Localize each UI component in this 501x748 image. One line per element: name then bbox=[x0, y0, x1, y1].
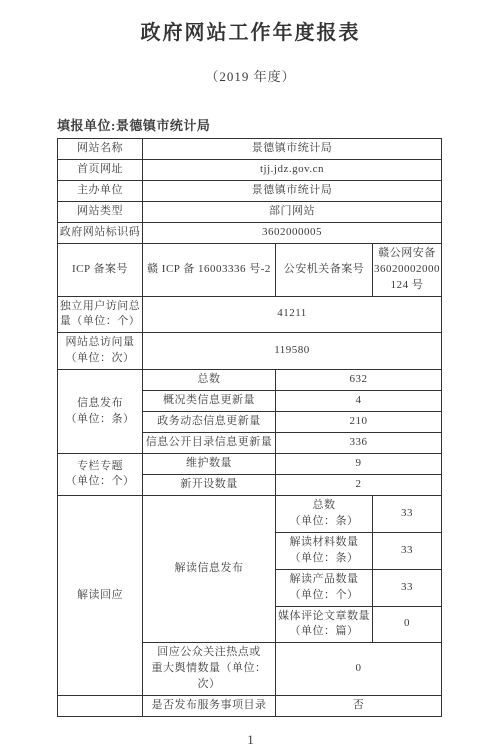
row-site-type: 网站类型 部门网站 bbox=[58, 201, 442, 222]
interpret-total-value: 33 bbox=[373, 495, 442, 532]
row-total-visits: 网站总访问量 （单位：次） 119580 bbox=[58, 333, 442, 370]
total-visits-label: 网站总访问量 （单位：次） bbox=[58, 333, 143, 370]
interpret-materials-value: 33 bbox=[373, 532, 442, 569]
row-unique-visitors: 独立用户访问总 量（单位：个） 41211 bbox=[58, 296, 442, 333]
info-publish-overview-label: 概况类信息更新量 bbox=[143, 391, 276, 412]
special-columns-group-label: 专栏专题 （单位：个） bbox=[58, 454, 143, 496]
interpret-publish-label: 解读信息发布 bbox=[143, 495, 276, 643]
unique-visitors-value: 41211 bbox=[143, 296, 442, 333]
interpret-materials-label: 解读材料数量 （单位：条） bbox=[276, 532, 373, 569]
organizer-label: 主办单位 bbox=[58, 180, 143, 201]
report-page: 政府网站工作年度报表 （2019 年度） 填报单位:景德镇市统计局 网站名称 景… bbox=[0, 0, 501, 651]
home-url-label: 首页网址 bbox=[58, 159, 143, 180]
info-publish-group-label: 信息发布 （单位：条） bbox=[58, 370, 143, 454]
row-icp: ICP 备案号 赣 ICP 备 16003336 号-2 公安机关备案号 赣公网… bbox=[58, 243, 442, 296]
special-columns-new-label: 新开设数量 bbox=[143, 474, 276, 495]
unique-visitors-label: 独立用户访问总 量（单位：个） bbox=[58, 296, 143, 333]
row-service-catalog: 是否发布服务事项目录 否 bbox=[58, 696, 442, 717]
page-subtitle: （2019 年度） bbox=[0, 66, 501, 85]
hot-response-value: 0 bbox=[276, 643, 442, 696]
home-url-value: tjj.jdz.gov.cn bbox=[143, 159, 442, 180]
special-columns-maintained-value: 9 bbox=[276, 454, 442, 475]
row-interpret-total: 解读回应 解读信息发布 总数 （单位：条） 33 bbox=[58, 495, 442, 532]
row-info-publish-total: 信息发布 （单位：条） 总数 632 bbox=[58, 370, 442, 391]
info-publish-gov-news-label: 政务动态信息更新量 bbox=[143, 412, 276, 433]
row-site-name: 网站名称 景德镇市统计局 bbox=[58, 139, 442, 160]
info-publish-overview-value: 4 bbox=[276, 391, 442, 412]
total-visits-value: 119580 bbox=[143, 333, 442, 370]
police-label: 公安机关备案号 bbox=[276, 243, 373, 296]
interpret-media-value: 0 bbox=[373, 606, 442, 643]
organizer-value: 景德镇市统计局 bbox=[143, 180, 442, 201]
info-publish-gov-news-value: 210 bbox=[276, 412, 442, 433]
row-home-url: 首页网址 tjj.jdz.gov.cn bbox=[58, 159, 442, 180]
site-type-value: 部门网站 bbox=[143, 201, 442, 222]
icp-value: 赣 ICP 备 16003336 号-2 bbox=[143, 243, 276, 296]
service-catalog-value: 否 bbox=[276, 696, 442, 717]
interpret-response-group-label: 解读回应 bbox=[58, 495, 143, 695]
site-type-label: 网站类型 bbox=[58, 201, 143, 222]
service-catalog-label: 是否发布服务事项目录 bbox=[143, 696, 276, 717]
interpret-media-label: 媒体评论文章数量 （单位：篇） bbox=[276, 606, 373, 643]
info-publish-open-dir-value: 336 bbox=[276, 433, 442, 454]
special-columns-new-value: 2 bbox=[276, 474, 442, 495]
row-organizer: 主办单位 景德镇市统计局 bbox=[58, 180, 442, 201]
page-number: 1 bbox=[0, 732, 501, 748]
info-publish-total-value: 632 bbox=[276, 370, 442, 391]
page-title: 政府网站工作年度报表 bbox=[0, 16, 501, 45]
report-table: 网站名称 景德镇市统计局 首页网址 tjj.jdz.gov.cn 主办单位 景德… bbox=[57, 138, 442, 717]
site-code-value: 3602000005 bbox=[143, 222, 442, 243]
interpret-products-value: 33 bbox=[373, 569, 442, 606]
hot-response-label: 回应公众关注热点或 重大舆情数量（单位： 次） bbox=[143, 643, 276, 696]
site-name-label: 网站名称 bbox=[58, 139, 143, 160]
special-columns-maintained-label: 维护数量 bbox=[143, 454, 276, 475]
interpret-products-label: 解读产品数量 （单位：个） bbox=[276, 569, 373, 606]
reporting-unit: 填报单位:景德镇市统计局 bbox=[57, 115, 501, 134]
row-site-code: 政府网站标识码 3602000005 bbox=[58, 222, 442, 243]
site-name-value: 景德镇市统计局 bbox=[143, 139, 442, 160]
service-catalog-empty-cell bbox=[58, 696, 143, 717]
row-special-columns-maintained: 专栏专题 （单位：个） 维护数量 9 bbox=[58, 454, 442, 475]
site-code-label: 政府网站标识码 bbox=[58, 222, 143, 243]
icp-label: ICP 备案号 bbox=[58, 243, 143, 296]
interpret-total-label: 总数 （单位：条） bbox=[276, 495, 373, 532]
info-publish-total-label: 总数 bbox=[143, 370, 276, 391]
info-publish-open-dir-label: 信息公开目录信息更新量 bbox=[143, 433, 276, 454]
police-value: 赣公网安备 36020002000 124 号 bbox=[373, 243, 442, 296]
